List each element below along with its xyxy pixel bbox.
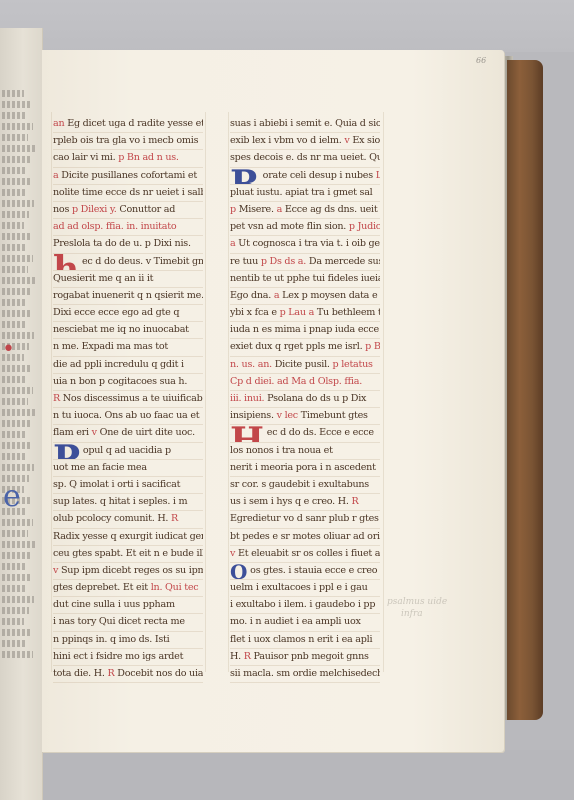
rubric-text: R (168, 513, 178, 524)
left-page-text-line (2, 442, 32, 449)
body-text: insipiens. (230, 410, 274, 421)
body-text: n ppinqs in. q imo ds. Isti (53, 634, 169, 645)
rubric-text: p Lau a (277, 307, 314, 318)
body-text: nentib te ut pphe tui fideles iueiat. (230, 273, 380, 284)
text-line: Cp d diei. ad Ma d Olsp. ffia. (230, 374, 380, 391)
rubric-text: R (241, 651, 251, 662)
text-line: Radix yesse q exurgit iudicat gen (53, 529, 203, 546)
body-text: Ecce ag ds dns. ueit (282, 204, 377, 215)
left-page-text-line (2, 552, 30, 559)
text-line: hini ect i fsidre mo igs ardet (53, 649, 203, 666)
margin-annotation-line: infra (387, 608, 447, 620)
left-page-text-line (2, 596, 34, 603)
body-text: Dicite pusillanes cofortami et (58, 170, 196, 181)
rubric-text: p Dilexi y. (69, 204, 116, 215)
text-line: us i sem i hys q e creo. H. R (230, 494, 380, 511)
body-text: n tu iuoca. Ons ab uo faac ua et (53, 410, 199, 421)
text-line: v Et eleuabit sr os colles i fiuet ad e (230, 546, 380, 563)
left-page-text-line (2, 431, 25, 438)
body-text: die ad ppli incredulu q gdit i (53, 359, 184, 370)
body-text: suas i abiebi i semit e. Quia d sion (230, 118, 380, 129)
text-line: Rorate celi desup i nubes Laud (230, 168, 380, 185)
left-page-text-line (2, 266, 28, 273)
text-line: an Eg dicet uga d radite yesse et (53, 116, 203, 133)
rubric-text: p Bn ad n us. (115, 152, 178, 163)
left-page-text-line (2, 464, 34, 471)
left-page-text-line (2, 244, 26, 251)
decorated-initial-red: H (230, 426, 264, 442)
body-text: Dicite pusil. (272, 359, 330, 370)
body-text: Eg dicet uga d radite yesse et (64, 118, 203, 129)
body-text: exiet dux q rget ppls me isrl. (230, 341, 362, 352)
rubric-text: p Judica. (346, 221, 380, 232)
text-line: H. R Pauisor pnb megoit gnns (230, 649, 380, 666)
body-text: pet vsn ad mote flin sion. (230, 221, 346, 232)
left-page-text-line (2, 299, 25, 306)
left-page-text-line (2, 200, 34, 207)
text-line: gtes deprebet. Et eit ln. Qui tec (53, 580, 203, 597)
background-bottom (0, 750, 574, 800)
body-text: flet i uox clamos n erit i ea apli (230, 634, 372, 645)
body-text: Lex p moysen data e gra (279, 290, 380, 301)
rubric-text: v (274, 410, 282, 421)
text-line: pluat iustu. apiat tra i gmet sal (230, 185, 380, 202)
body-text: Tu bethleem tra (314, 307, 380, 318)
left-page-text-line (2, 233, 31, 240)
text-line: R Nos discessimus a te uiuificab nos to (53, 391, 203, 408)
body-text: n me. Expadi ma mas tot (53, 341, 168, 352)
body-text: rogabat inuenerit q n qsierit me. (53, 290, 203, 301)
text-line: n ppinqs in. q imo ds. Isti (53, 632, 203, 649)
left-page-text-line (2, 530, 28, 537)
body-text: rpleb ois tra gla vo i mecb omis (53, 135, 198, 146)
text-line: ceu gtes spabt. Et eit n e bude illa (53, 546, 203, 563)
left-page-text-line (2, 156, 30, 163)
left-page-text-line (2, 211, 29, 218)
body-text: nerit i meoria pora i n ascedent (230, 462, 376, 473)
text-line: Popul q ad uacidia p (53, 443, 203, 460)
manuscript-page: 66 an Eg dicet uga d radite yesse etrple… (42, 50, 504, 752)
body-text: ec d do ds. Ecce e ecce (267, 427, 374, 438)
left-page-text-line (2, 651, 33, 658)
text-line: rogabat inuenerit q n qsierit me. (53, 288, 203, 305)
rubric-text: p letatus (330, 359, 373, 370)
text-line: cao lair vi mi. p Bn ad n us. (53, 150, 203, 167)
text-line: flam eri v One de uirt dite uoc. (53, 425, 203, 442)
text-line: sr cor. s gaudebit i exultabuns (230, 477, 380, 494)
body-text: iuda n es mima i pnap iuda ecce em (230, 324, 380, 335)
text-line: hec d do deus. v Timebit gn (53, 254, 203, 271)
body-text: Conuttor ad (117, 204, 176, 215)
left-page-text-line (2, 607, 29, 614)
body-text: H. (230, 651, 241, 662)
text-line: tota die. H. R Docebit nos do uias (53, 666, 203, 683)
text-column-right: suas i abiebi i semit e. Quia d sionexib… (230, 116, 380, 683)
left-page-text-line (2, 112, 26, 119)
left-page-red-initial-icon: • (2, 340, 10, 360)
text-line: a Ut cognosca i tra via t. i oib gentes (230, 236, 380, 253)
text-line: pet vsn ad mote flin sion. p Judica. (230, 219, 380, 236)
left-page-text-line (2, 90, 24, 97)
left-page-text-line (2, 376, 26, 383)
text-line: re tuu p Ds ds a. Da mercede sustin (230, 254, 380, 271)
body-text: One de uirt dite uoc. (97, 427, 195, 438)
rubric-text: v (342, 135, 350, 146)
rubric-text: p B ad (362, 341, 380, 352)
text-line: n me. Expadi ma mas tot (53, 339, 203, 356)
text-line: iuda n es mima i pnap iuda ecce em (230, 322, 380, 339)
body-text: flam eri (53, 427, 89, 438)
left-page-text-line (2, 255, 33, 262)
body-text: exib lex i vbm vo d ielm. (230, 135, 342, 146)
body-text: mo. i n audiet i ea ampli uox (230, 616, 361, 627)
text-line: n. us. an. Dicite pusil. p letatus (230, 357, 380, 374)
body-text: Psolana do ds u p Dix (264, 393, 366, 404)
body-text: sii macla. sm ordie melchisedech. (230, 668, 380, 679)
left-page-text-line (2, 101, 31, 108)
body-text: nos (53, 204, 69, 215)
text-line: i exultabo i ilem. i gaudebo i pp (230, 597, 380, 614)
text-line: Egredietur vo d sanr plub r gtes i sta (230, 511, 380, 528)
text-line: suas i abiebi i semit e. Quia d sion (230, 116, 380, 133)
left-page-text-block (2, 90, 36, 690)
body-text: hini ect i fsidre mo igs ardet (53, 651, 183, 662)
body-text: nesciebat me iq no inuocabat (53, 324, 189, 335)
body-text: os gtes. i sta (250, 565, 308, 576)
left-page-text-line (2, 563, 25, 570)
left-page-text-line (2, 398, 28, 405)
background-top (0, 0, 574, 52)
left-page-text-line (2, 145, 35, 152)
rubric-text: a (274, 204, 282, 215)
body-text: Quesierit me q an ii it (53, 273, 153, 284)
left-page-text-line (2, 618, 24, 625)
body-text: Radix yesse q exurgit iudicat gen (53, 531, 203, 542)
text-line: die ad ppli incredulu q gdit i (53, 357, 203, 374)
left-facing-page: • e (0, 28, 43, 800)
body-text: i nas tory Qui dicet recta me (53, 616, 185, 627)
body-text: bt pedes e sr motes oliuar ad oriete (230, 531, 380, 542)
left-page-text-line (2, 387, 33, 394)
decorated-initial-red: h (53, 255, 79, 271)
rubric-text: Cp d diei. ad Ma d Olsp. ffia. (230, 376, 362, 387)
body-text: dut cine sulla i uus ppham (53, 599, 175, 610)
text-line: flet i uox clamos n erit i ea apli (230, 632, 380, 649)
body-text: tota die. H. (53, 668, 105, 679)
left-page-text-line (2, 123, 33, 130)
text-line: Quesierit me q an ii it (53, 271, 203, 288)
body-text: Docebit nos do uias (114, 668, 203, 679)
leather-binding (507, 60, 543, 720)
left-page-text-line (2, 629, 31, 636)
rubric-text: iii. inui. (230, 393, 264, 404)
rubric-text: R (105, 668, 115, 679)
text-line: insipiens. v lec Timebunt gtes (230, 408, 380, 425)
body-text: opul q ad uacidia p (83, 445, 171, 456)
left-page-text-line (2, 134, 28, 141)
body-text: re tuu (230, 256, 258, 267)
left-page-text-line (2, 321, 27, 328)
rubric-text: lec (282, 410, 298, 421)
text-line: sii macla. sm ordie melchisedech. (230, 666, 380, 683)
text-line: exib lex i vbm vo d ielm. v Ex sion (230, 133, 380, 150)
text-line: bt pedes e sr motes oliuar ad oriete (230, 529, 380, 546)
left-page-text-line (2, 519, 33, 526)
text-line: a Dicite pusillanes cofortami et (53, 168, 203, 185)
left-page-text-line (2, 189, 27, 196)
body-text: ec d do deus. v Timebit gn (82, 256, 203, 267)
body-text: cao lair vi mi. (53, 152, 115, 163)
body-text: ceu gtes spabt. Et eit n e bude illa (53, 548, 203, 559)
body-text: uia ecce e creo (308, 565, 378, 576)
text-line: os gtes. i staQuia ecce e creo (230, 563, 380, 580)
left-page-text-line (2, 585, 27, 592)
text-line: ad ad olsp. ffia. in. inuitato (53, 219, 203, 236)
ruling-line-right (383, 112, 384, 672)
text-column-left: an Eg dicet uga d radite yesse etrpleb o… (53, 116, 203, 683)
left-page-text-line (2, 167, 25, 174)
text-line: sp. Q imolat i orti i sacificat (53, 477, 203, 494)
rubric-text: R (53, 393, 60, 404)
left-page-text-line (2, 409, 35, 416)
body-text: uot me an facie mea (53, 462, 147, 473)
margin-annotation: psalmus uide infra (387, 596, 447, 620)
left-page-text-line (2, 574, 32, 581)
text-line: nerit i meoria pora i n ascedent (230, 460, 380, 477)
decorated-initial-blue: Q (230, 564, 247, 580)
text-line: dut cine sulla i uus ppham (53, 597, 203, 614)
text-line: Ego dna. a Lex p moysen data e gra (230, 288, 380, 305)
rubric-text: Laud (373, 170, 380, 181)
text-line: exiet dux q rget ppls me isrl. p B ad (230, 339, 380, 356)
text-line: rpleb ois tra gla vo i mecb omis (53, 133, 203, 150)
body-text: Pauisor pnb megoit gnns (251, 651, 369, 662)
text-line: sup lates. q hitat i seples. i m (53, 494, 203, 511)
body-text: Ut cognosca i tra via t. i oib gentes (235, 238, 380, 249)
body-text: Preslola ta do de u. p Dixi nis. (53, 238, 191, 249)
body-text: olub pcolocy comunit. H. (53, 513, 168, 524)
left-page-text-line (2, 640, 26, 647)
body-text: Timebunt gtes (298, 410, 368, 421)
left-page-text-line (2, 310, 32, 317)
body-text: Ego dna. (230, 290, 271, 301)
body-text: sr cor. s gaudebit i exultabuns (230, 479, 369, 490)
rubric-text: R (349, 496, 359, 507)
body-text: pluat iustu. apiat tra i gmet sal (230, 187, 372, 198)
left-page-text-line (2, 365, 31, 372)
body-text: sp. Q imolat i orti i sacificat (53, 479, 180, 490)
folio-number: 66 (476, 56, 486, 65)
rubric-text: p Ds ds a. (258, 256, 306, 267)
body-text: uia n bon p cogitacoes sua h. (53, 376, 187, 387)
ruling-line-left (51, 112, 52, 672)
body-text: Sup ipm dicebt reges os su ipm (58, 565, 203, 576)
text-line: n tu iuoca. Ons ab uo faac ua et (53, 408, 203, 425)
text-line: nesciebat me iq no inuocabat (53, 322, 203, 339)
text-line: nos p Dilexi y. Conuttor ad (53, 202, 203, 219)
body-text: los nonos i tra noua et (230, 445, 333, 456)
rubric-text: ln. Qui tec (148, 582, 198, 593)
text-line: v Sup ipm dicebt reges os su ipm (53, 563, 203, 580)
text-line: Preslola ta do de u. p Dixi nis. (53, 236, 203, 253)
left-page-text-line (2, 453, 27, 460)
rubric-text: v (89, 427, 97, 438)
text-line: i nas tory Qui dicet recta me (53, 614, 203, 631)
body-text: gtes deprebet. Et eit (53, 582, 148, 593)
left-page-text-line (2, 288, 30, 295)
text-line: p Misere. a Ecce ag ds dns. ueit (230, 202, 380, 219)
body-text: us i sem i hys q e creo. H. (230, 496, 349, 507)
body-text: orate celi desup i nubes (263, 170, 373, 181)
body-text: Egredietur vo d sanr plub r gtes i sta (230, 513, 380, 524)
rubric-text: n. us. an. (230, 359, 272, 370)
body-text: sup lates. q hitat i seples. i m (53, 496, 187, 507)
text-line: iii. inui. Psolana do ds u p Dix (230, 391, 380, 408)
ruling-line-mid-right (228, 112, 229, 672)
text-line: uot me an facie mea (53, 460, 203, 477)
body-text: Da mercede sustin (306, 256, 380, 267)
text-line: nentib te ut pphe tui fideles iueiat. ps… (230, 271, 380, 288)
text-line: mo. i n audiet i ea ampli uox (230, 614, 380, 631)
body-text: uelm i exultacoes i ppl e i gau (230, 582, 368, 593)
body-text: Misere. (236, 204, 274, 215)
body-text: Et eleuabit sr os colles i fiuet ad e (235, 548, 380, 559)
left-page-text-line (2, 420, 30, 427)
margin-annotation-line: psalmus uide (387, 596, 447, 608)
body-text: i exultabo i ilem. i gaudebo i pp (230, 599, 375, 610)
body-text: nolite time ecce ds nr ueiet i salb (53, 187, 203, 198)
text-line: nolite time ecce ds nr ueiet i salb (53, 185, 203, 202)
text-line: Dixi ecce ecce ego ad gte q (53, 305, 203, 322)
body-text: spes decois e. ds nr ma ueiet. Quia. (230, 152, 380, 163)
text-line: uia n bon p cogitacoes sua h. (53, 374, 203, 391)
text-line: Hec d do ds. Ecce e ecce (230, 425, 380, 442)
rubric-text: ad ad olsp. ffia. in. inuitato (53, 221, 176, 232)
text-line: spes decois e. ds nr ma ueiet. Quia. (230, 150, 380, 167)
left-page-text-line (2, 222, 24, 229)
decorated-initial-blue: R (230, 169, 260, 185)
body-text: Ex sion (350, 135, 380, 146)
text-line: uelm i exultacoes i ppl e i gau (230, 580, 380, 597)
left-page-text-line (2, 178, 32, 185)
text-line: ybi x fca e p Lau a Tu bethleem tra (230, 305, 380, 322)
left-page-text-line (2, 277, 35, 284)
ruling-line-mid-left (205, 112, 206, 672)
body-text: Nos discessimus a te uiuificab nos to (60, 393, 203, 404)
left-page-blue-initial-icon: e (3, 482, 21, 512)
text-line: olub pcolocy comunit. H. R (53, 511, 203, 528)
body-text: Dixi ecce ecce ego ad gte q (53, 307, 179, 318)
rubric-text: an (53, 118, 64, 129)
left-page-text-line (2, 541, 35, 548)
body-text: ybi x fca e (230, 307, 277, 318)
decorated-initial-blue: P (53, 444, 80, 460)
text-line: los nonos i tra noua et (230, 443, 380, 460)
